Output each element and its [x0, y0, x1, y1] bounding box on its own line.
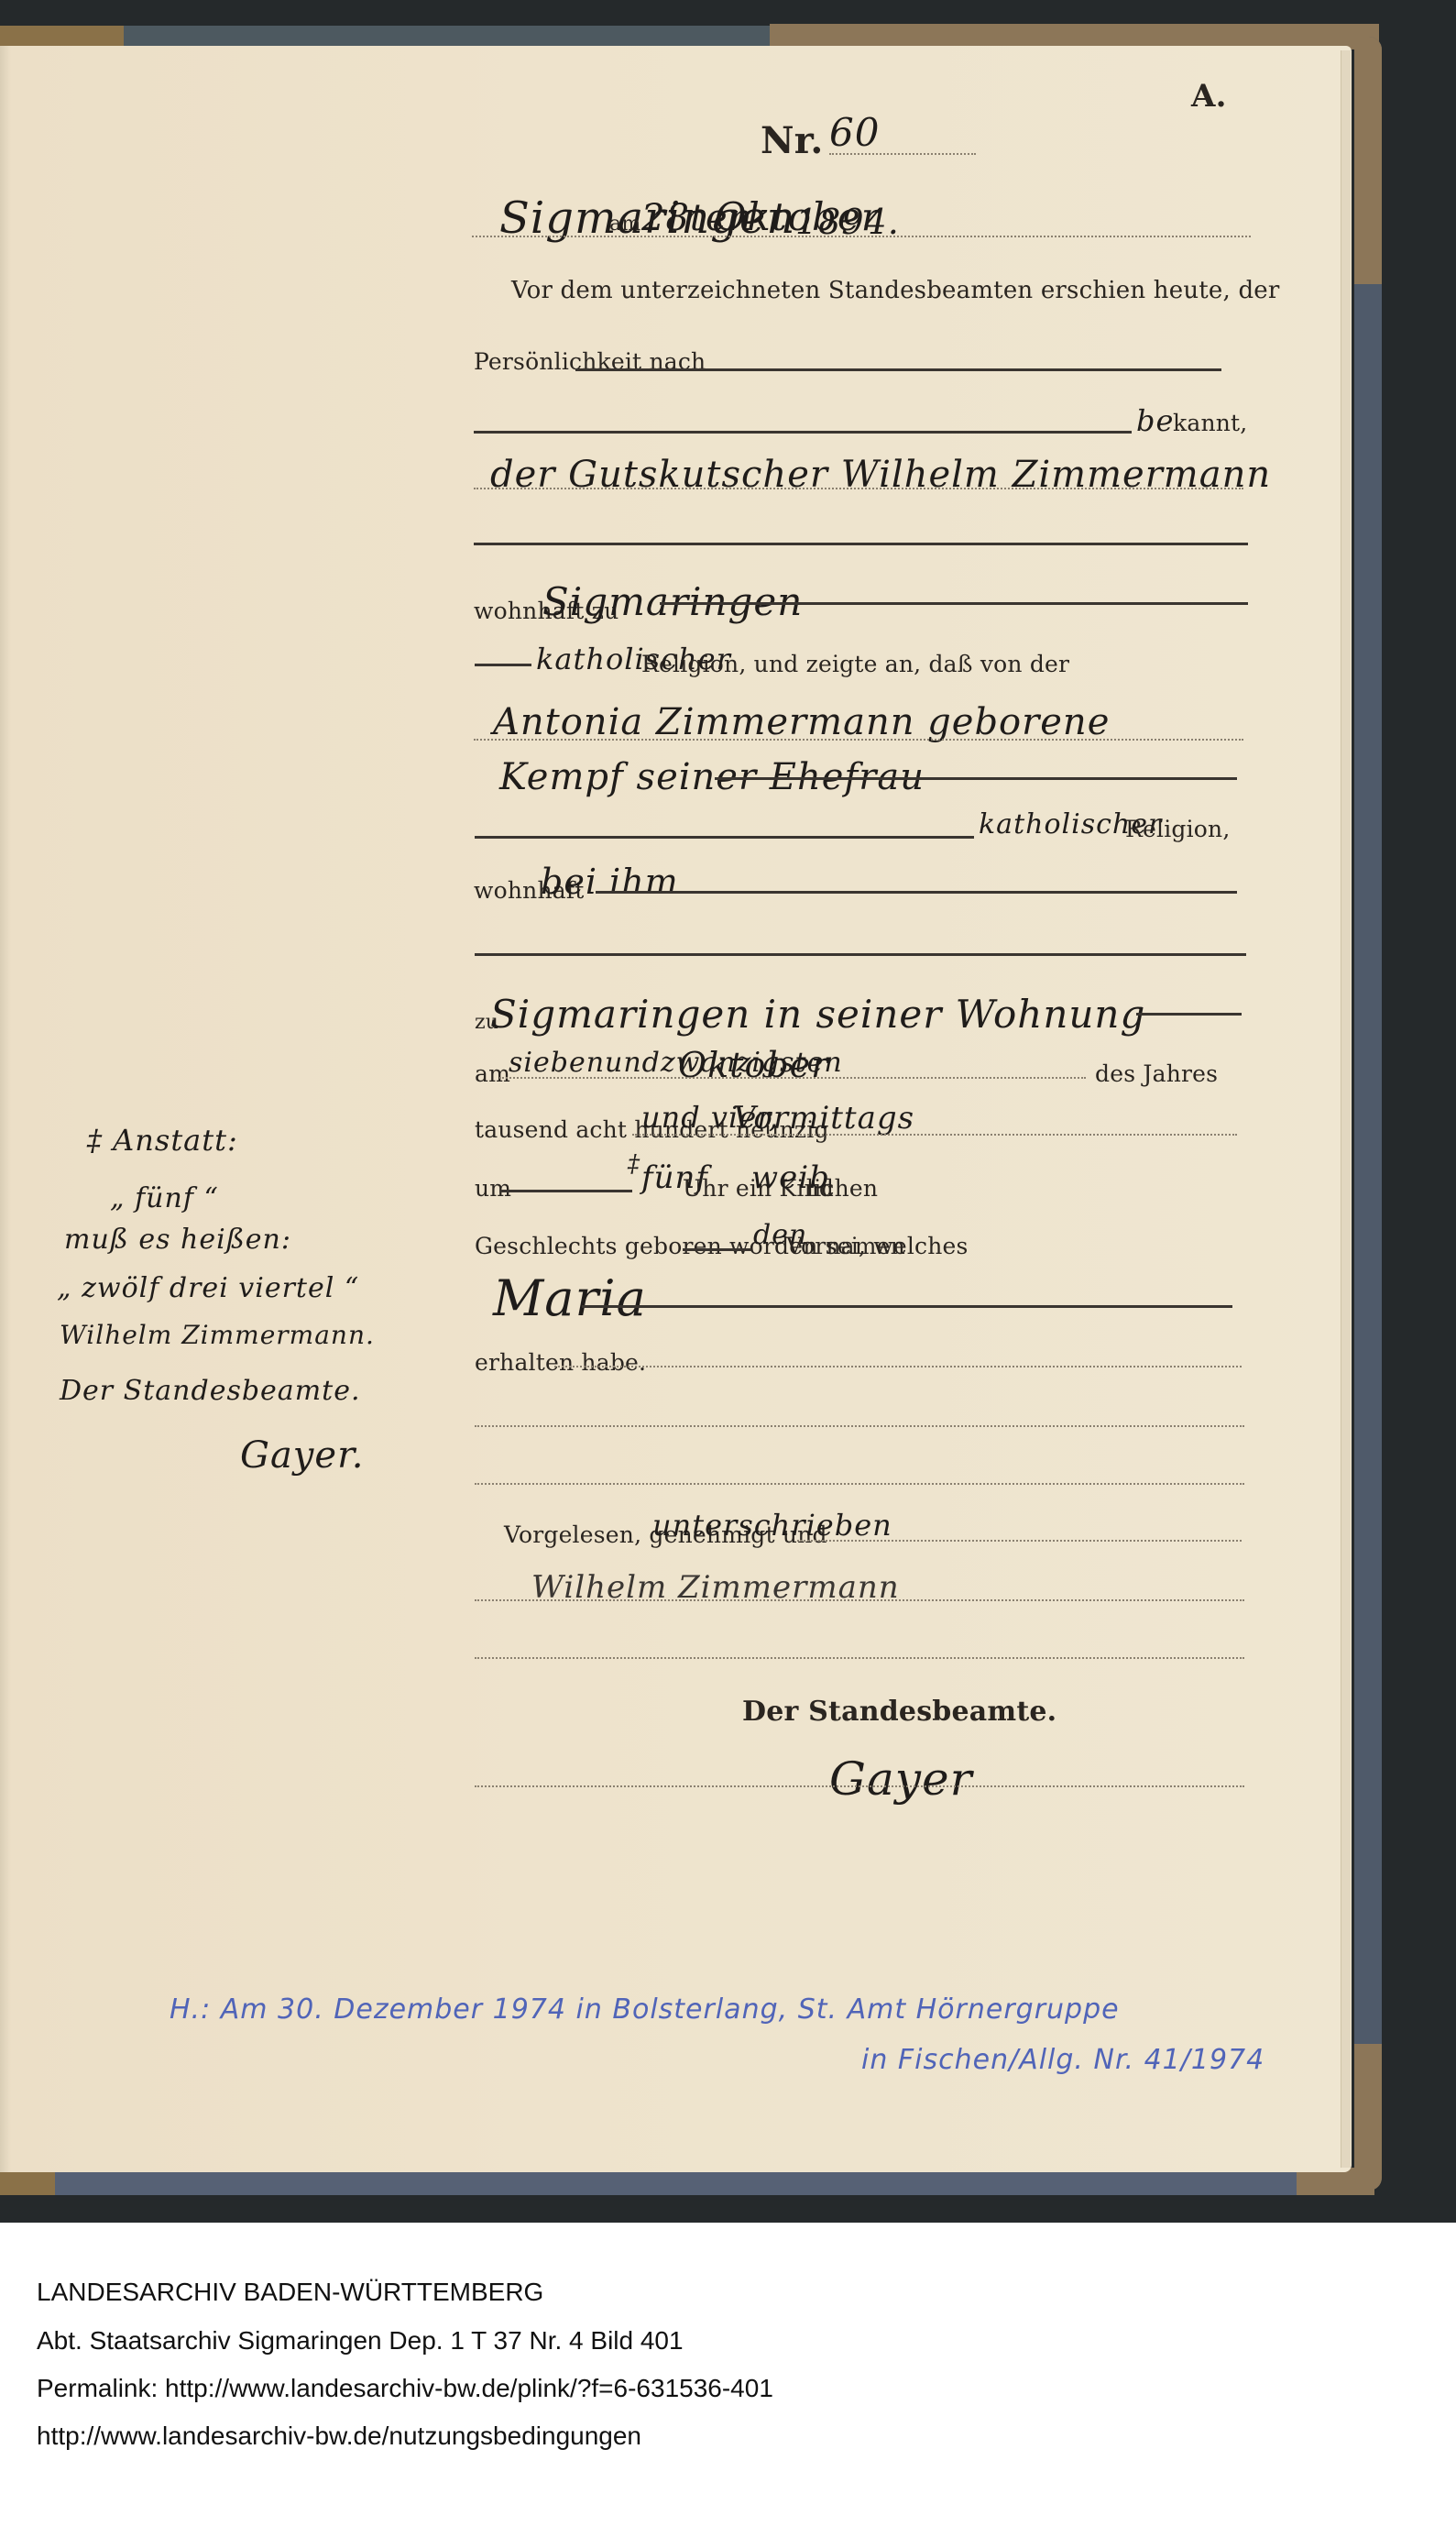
blank-dotted-1: [475, 1425, 1244, 1427]
scanned-register-page: A. Nr. 60 Sigmaringen am 28ten Oktober 1…: [0, 0, 1456, 2223]
corner-letter: A.: [1191, 78, 1227, 115]
persoenlichkeit-line: [575, 368, 1221, 371]
am-label-2: am: [475, 1060, 510, 1087]
declarant-line-2: [474, 543, 1248, 545]
birth-month: Oktober: [678, 1045, 828, 1085]
date-line: [472, 236, 1251, 237]
bekannt-hand: be: [1136, 403, 1174, 438]
margin-note-signature: Gayer.: [240, 1434, 365, 1477]
permalink[interactable]: Permalink: http://www.landesarchiv-bw.de…: [37, 2374, 773, 2403]
margin-note-line: Der Standesbeamte.: [60, 1375, 361, 1407]
des-jahres: des Jahres: [1095, 1060, 1218, 1087]
erhalten-rule: [554, 1366, 1242, 1367]
standesbeamte-title: Der Standesbeamte.: [742, 1696, 1056, 1728]
birth-day-rule: [499, 1077, 1086, 1079]
margin-note-line: muß es heißen:: [64, 1224, 291, 1256]
unterschrieben-hand: unterschrieben: [652, 1508, 892, 1543]
entry-number-label: Nr.: [761, 119, 824, 162]
bekannt-line: [474, 431, 1132, 434]
am-label: am: [609, 213, 640, 236]
archive-reference: Abt. Staatsarchiv Sigmaringen Dep. 1 T 3…: [37, 2326, 684, 2356]
erhalten-print: erhalten habe.: [475, 1349, 646, 1376]
vornamen-print: Vornamen: [786, 1233, 905, 1259]
archive-name: LANDESARCHIV BADEN-WÜRTTEMBERG: [37, 2278, 543, 2307]
entry-number-line: [829, 153, 976, 155]
um-label: um: [475, 1175, 511, 1202]
hour-mark: ‡: [628, 1150, 640, 1178]
given-name: Maria: [493, 1269, 647, 1327]
page-edge: [1341, 50, 1351, 2168]
wohnhaft-line: [660, 602, 1248, 605]
entry-number: 60: [829, 110, 880, 155]
given-name-rule: [582, 1305, 1232, 1308]
wohnhaft-value: bei ihm: [541, 862, 679, 902]
mother-line-1-rule: [474, 739, 1243, 741]
birth-place-rule: [1136, 1013, 1242, 1016]
book-cover-corner: [1354, 37, 1382, 284]
margin-note-line: ‡ Anstatt:: [87, 1123, 238, 1158]
religion1-print: Religion, und zeigte an, daß von der: [641, 651, 1069, 677]
birth-place: Sigmaringen in seiner Wohnung: [490, 992, 1145, 1037]
signature-rule: [475, 1599, 1244, 1601]
book-cover-right: [1354, 37, 1382, 2191]
margin-note-line: Wilhelm Zimmermann.: [60, 1320, 375, 1350]
declarant-line: [474, 488, 1243, 489]
vormittags: Vormittags: [733, 1100, 914, 1137]
margin-note-line: „ zwölf drei viertel “: [57, 1272, 359, 1304]
vorgelesen-rule: [797, 1540, 1242, 1542]
terms-link[interactable]: http://www.landesarchiv-bw.de/nutzungsbe…: [37, 2422, 641, 2451]
margin-note-line: „ fünf “: [110, 1182, 219, 1214]
hour-rule: [499, 1190, 632, 1192]
geschlechts-rule: [683, 1248, 751, 1251]
blank-dotted-2: [475, 1483, 1244, 1485]
annotation-line-1: H.: Am 30. Dezember 1974 in Bolsterlang,…: [170, 1993, 1120, 2026]
year-rule: [632, 1134, 1237, 1136]
religion2-line: [475, 836, 974, 839]
bekannt-print: kannt,: [1173, 410, 1247, 436]
mother-line-1: Antonia Zimmermann geborene: [493, 701, 1110, 743]
wohnhaft-rule: [596, 891, 1237, 894]
mother-line-2-rule: [715, 777, 1237, 780]
religion2-print: Religion,: [1125, 816, 1231, 842]
sex-print: lichen: [806, 1175, 878, 1202]
religion1-line: [475, 664, 531, 666]
registrar-rule: [475, 1785, 1244, 1787]
intro-line: Vor dem unterzeichneten Standesbeamten e…: [511, 277, 1280, 304]
annotation-line-2: in Fischen/Allg. Nr. 41/1974: [861, 2044, 1264, 2076]
blank-dotted-3: [475, 1657, 1244, 1659]
declarant: der Gutskutscher Wilhelm Zimmermann: [490, 454, 1271, 496]
blank-line: [475, 953, 1246, 956]
registrar-signature: Gayer: [829, 1752, 973, 1806]
